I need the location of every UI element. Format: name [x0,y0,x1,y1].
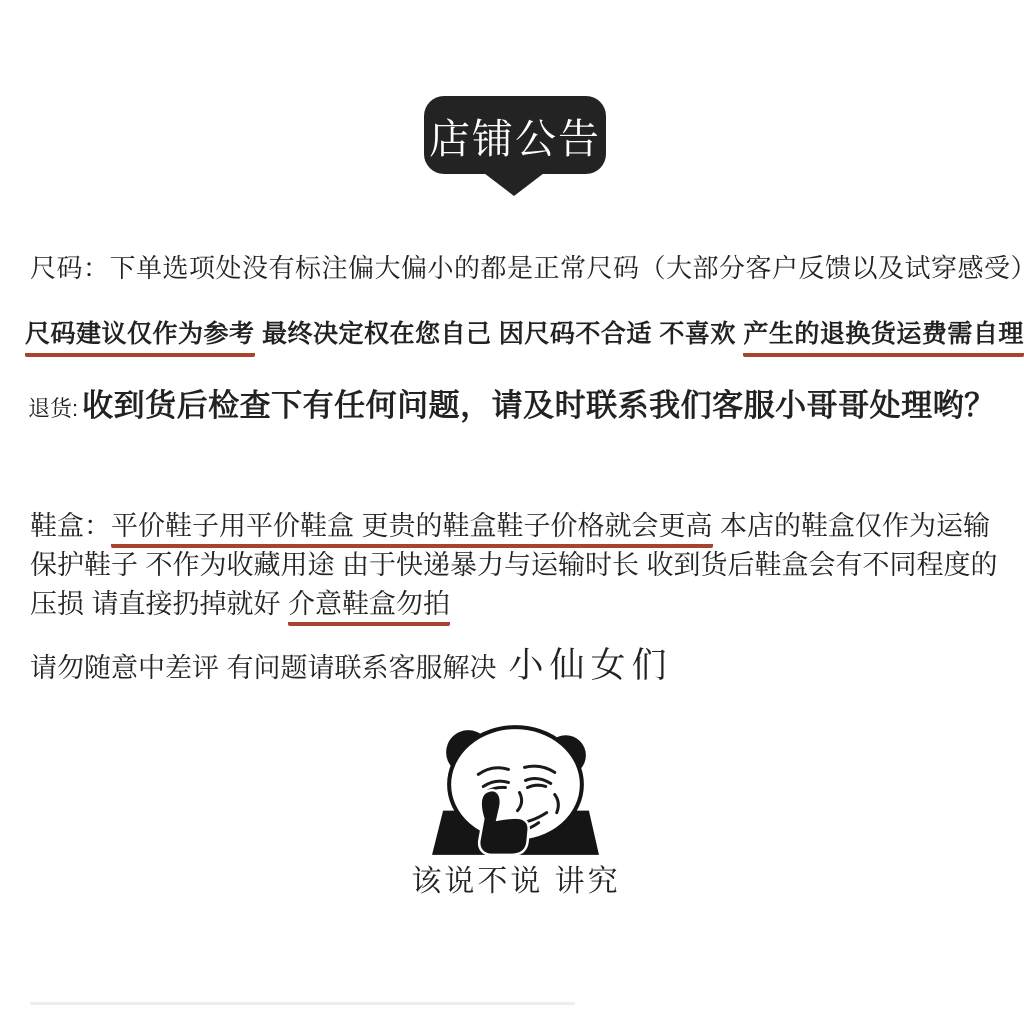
returns-label: 退货: [28,396,78,421]
returns-line: 退货:收到货后检查下有任何问题，请及时联系我们客服小哥哥处理哟？ [28,380,996,425]
size-advice-middle: 最终决定权在您自己 因尺码不合适 不喜欢 [255,320,744,348]
shoebox-underlined-2: 介意鞋盒勿拍 [288,589,450,626]
size-advice-line: 尺码建议仅作为参考 最终决定权在您自己 因尺码不合适 不喜欢 产生的退换货运费需… [25,314,1024,350]
meme-caption: 该说不说 讲究 [0,856,1024,900]
shoebox-paragraph: 鞋盒：平价鞋子用平价鞋盒 更贵的鞋盒鞋子价格就会更高 本店的鞋盒仅作为运输保护鞋… [30,507,998,624]
shoebox-label: 鞋盒： [30,511,111,541]
review-request-suffix: 小仙女们 [509,646,673,685]
size-notice-text: 尺码：下单选项处没有标注偏大偏小的都是正常尺码（大部分客户反馈以及试穿感受） [30,253,1024,283]
meme-caption-text: 该说不说 讲究 [411,865,620,898]
announcement-badge-tail [480,170,548,196]
panda-thumbs-up-meme-icon [428,722,604,858]
announcement-badge-label: 店铺公告 [429,106,601,165]
review-request-line: 请勿随意中差评 有问题请联系客服解决小仙女们 [30,638,673,688]
size-advice-underlined-1: 尺码建议仅作为参考 [25,320,255,357]
store-announcement-page: 店铺公告 尺码：下单选项处没有标注偏大偏小的都是正常尺码（大部分客户反馈以及试穿… [0,0,1024,1024]
shoebox-underlined-1: 平价鞋子用平价鞋盒 更贵的鞋盒鞋子价格就会更高 [111,511,713,548]
size-advice-underlined-2: 产生的退换货运费需自理 [743,320,1024,357]
bottom-artifact-line [30,1002,575,1005]
announcement-badge: 店铺公告 [424,96,606,174]
returns-text: 收到货后检查下有任何问题，请及时联系我们客服小哥哥处理哟？ [82,388,996,423]
size-notice-line: 尺码：下单选项处没有标注偏大偏小的都是正常尺码（大部分客户反馈以及试穿感受） [30,248,1024,285]
review-request-text: 请勿随意中差评 有问题请联系客服解决 [30,653,497,683]
